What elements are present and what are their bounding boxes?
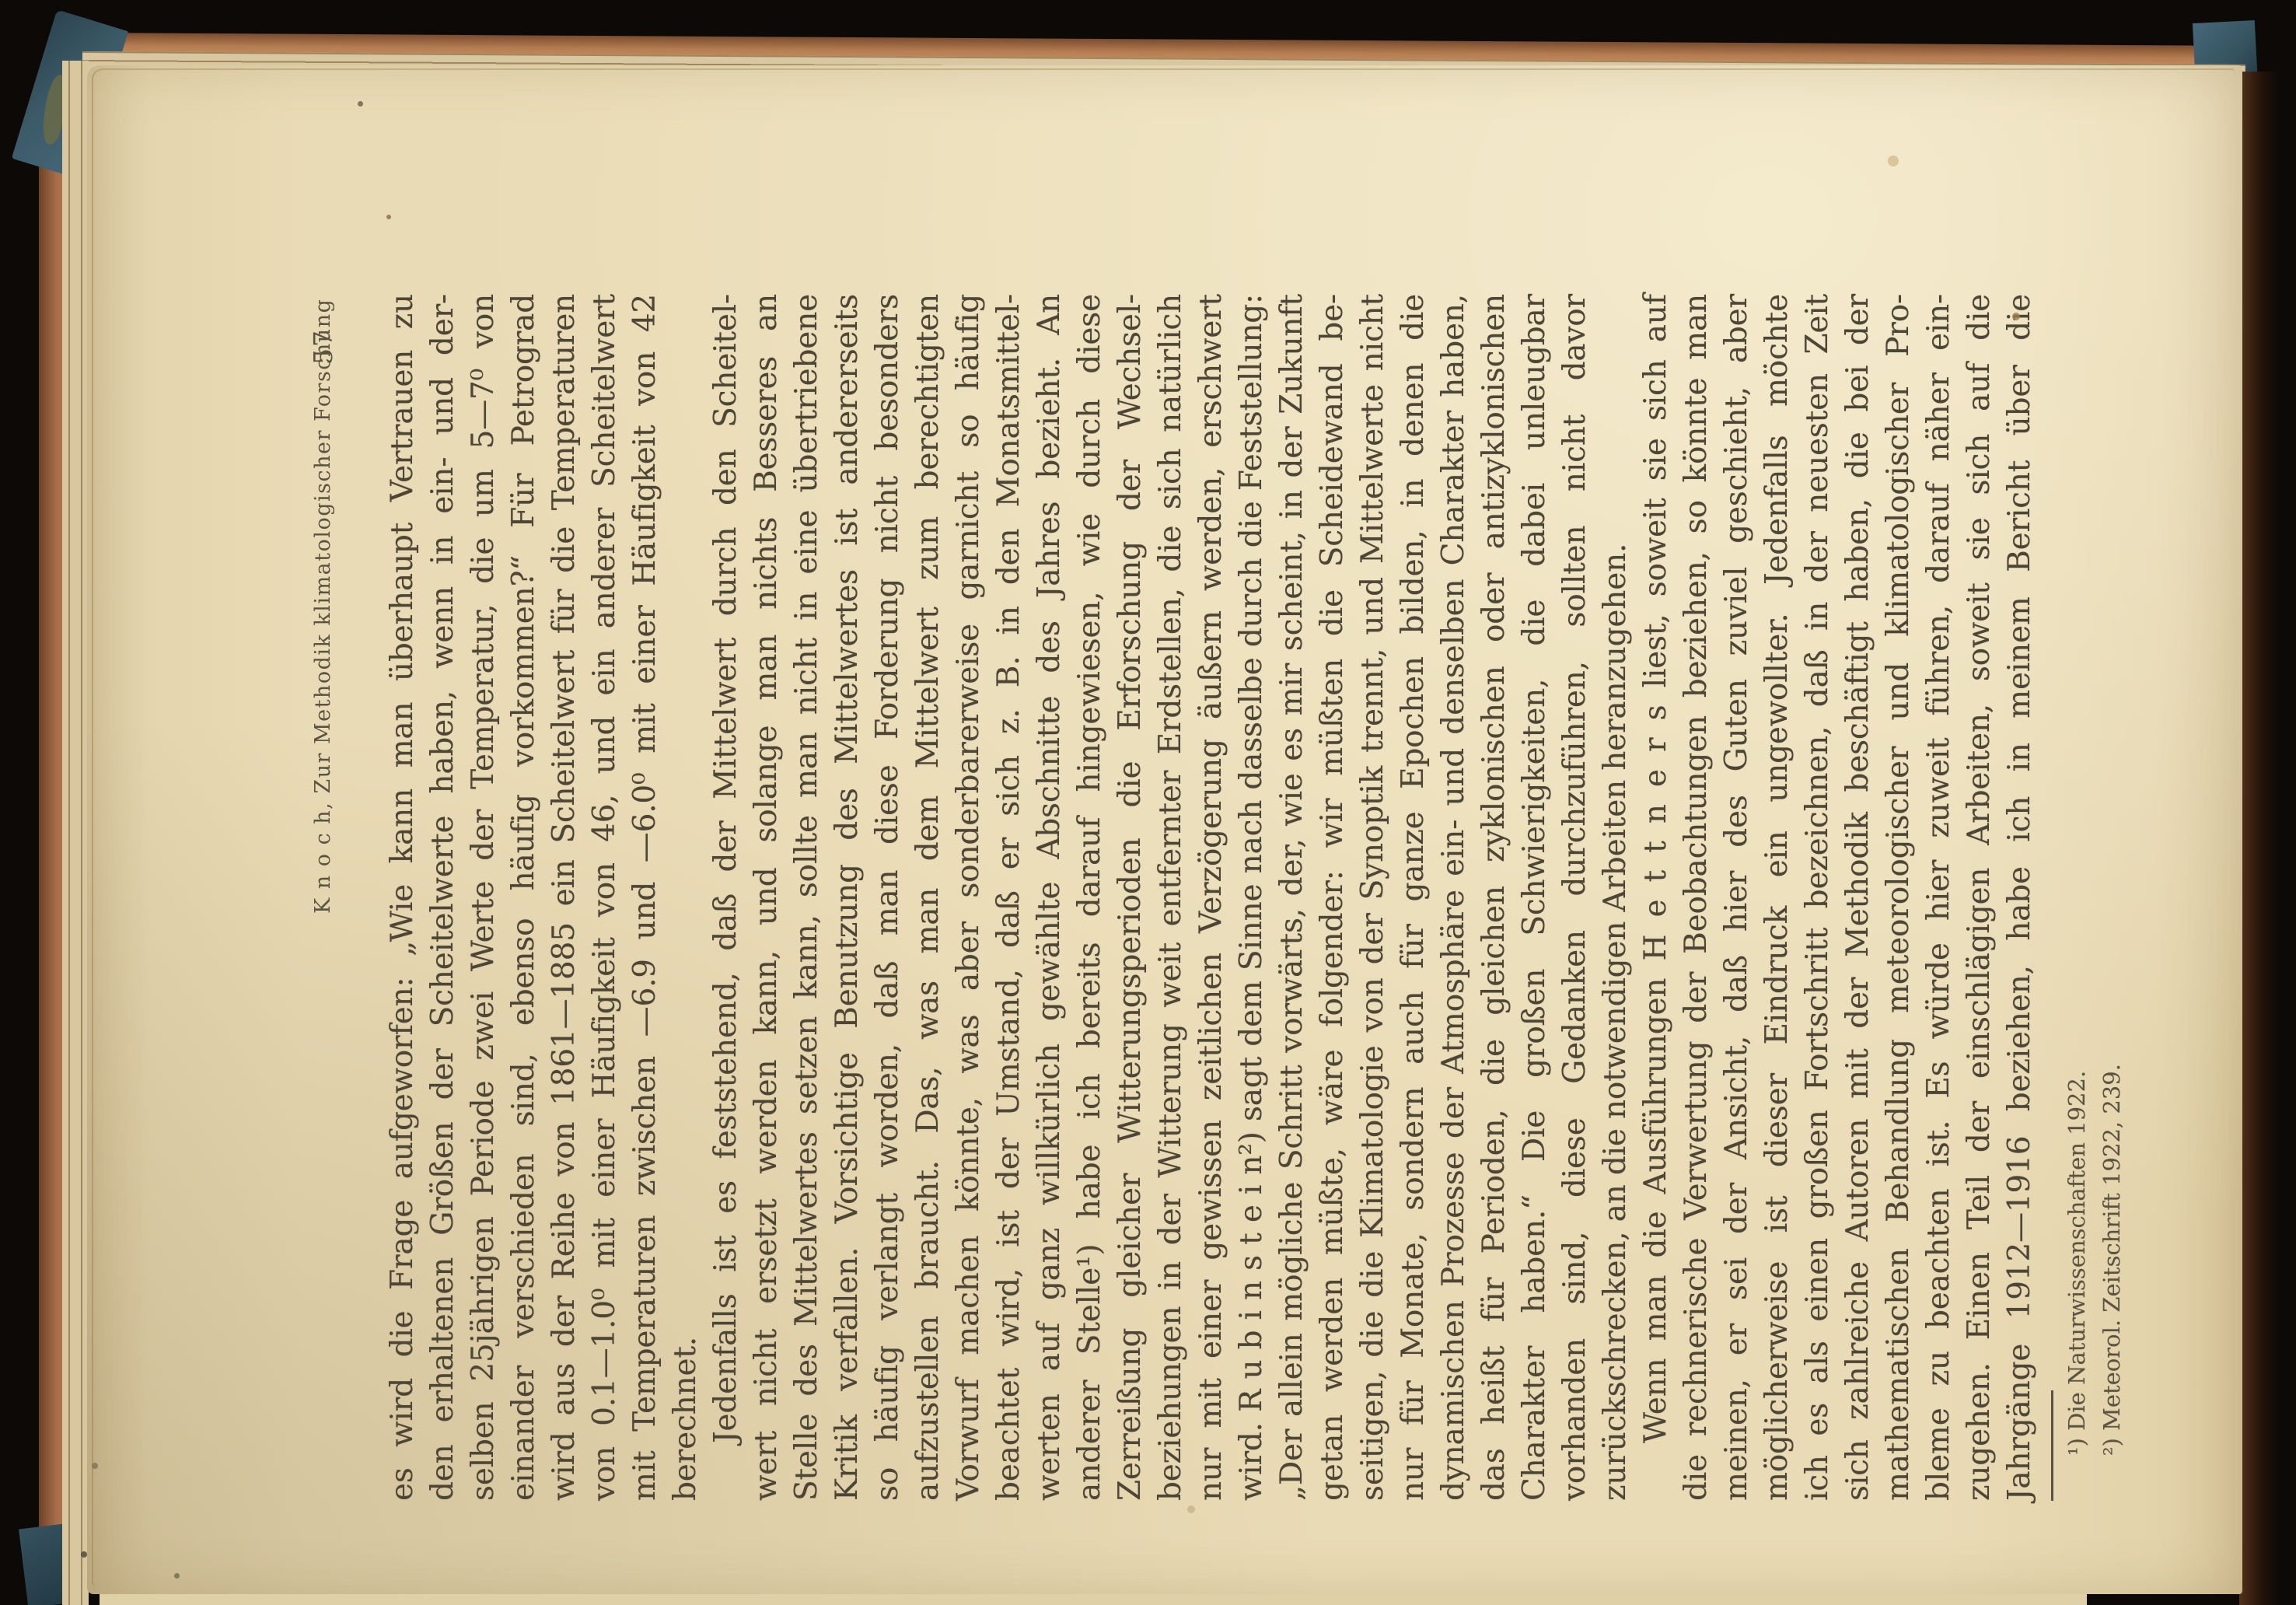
paper-speck (1888, 156, 1899, 166)
text-line: nur mit einer gewissen zeitlichen Verzög… (1191, 294, 1232, 1501)
body-text: es wird die Frage aufgeworfen: „Wie kann… (383, 294, 2040, 1501)
text-line: werten auf ganz willkürlich gewählte Abs… (1029, 294, 1070, 1501)
text-line: beziehungen in der Witterung weit entfer… (1151, 294, 1191, 1501)
footnotes: ¹) Die Naturwissenschaften 1922.²) Meteo… (2060, 294, 2130, 1501)
footnote-line: ²) Meteorol. Zeitschrift 1922, 239. (2095, 294, 2130, 1456)
text-line: möglicherweise ist dieser Eindruck ein u… (1757, 294, 1798, 1501)
book-page: K n o c h, Zur Methodik klimatologischer… (87, 65, 2242, 1594)
text-line: Jedenfalls ist es feststehend, daß der M… (706, 294, 746, 1501)
running-head-row: K n o c h, Zur Methodik klimatologischer… (311, 294, 342, 1501)
page-number: 57 (308, 329, 338, 365)
text-line: zurückschrecken, an die notwendigen Arbe… (1595, 294, 1636, 1501)
text-line: mathematischen Behandlung meteorologisch… (1878, 294, 1919, 1501)
text-line: wird. R u b i n s t e i n²) sagt dem Sin… (1232, 294, 1272, 1501)
text-line: beachtet wird, ist der Umstand, daß er s… (989, 294, 1029, 1501)
text-line: den erhaltenen Größen der Scheitelwerte … (423, 294, 463, 1501)
text-line: das heißt für Perioden, die gleichen zyk… (1474, 294, 1515, 1501)
text-line: Kritik verfallen. Vorsichtige Benutzung … (827, 294, 868, 1501)
text-line: von 0.1—1.0⁰ mit einer Häufigkeit von 46… (585, 294, 625, 1501)
text-line: Zerreißung gleicher Witterungsperioden d… (1110, 294, 1151, 1501)
paper-speck (81, 1551, 87, 1558)
text-line: wird aus der Reihe von 1861—1885 ein Sch… (544, 294, 585, 1501)
book-photo-scene: K n o c h, Zur Methodik klimatologischer… (0, 0, 2296, 1605)
paper-speck (174, 1573, 180, 1579)
text-line: die rechnerische Verwertung der Beobacht… (1676, 294, 1717, 1501)
footnote-line: ¹) Die Naturwissenschaften 1922. (2060, 294, 2095, 1456)
text-line: vorhanden sind, diese Gedanken durchzufü… (1555, 294, 1595, 1501)
text-line: „Der allein mögliche Schritt vorwärts, d… (1272, 294, 1312, 1501)
text-line: bleme zu beachten ist. Es würde hier zuw… (1919, 294, 1959, 1501)
text-line: Vorwurf machen könnte, was aber sonderba… (949, 294, 989, 1501)
paper-speck (358, 101, 363, 107)
text-line: Stelle des Mittelwertes setzen kann, sol… (787, 294, 827, 1501)
page-stack-edge-bottom (100, 1594, 2087, 1605)
text-line: so häufig verlangt worden, daß man diese… (868, 294, 908, 1501)
running-header-title: K n o c h, Zur Methodik klimatologischer… (311, 299, 335, 914)
text-line: Wenn man die Ausführungen H e t t n e r … (1636, 294, 1676, 1501)
paper-speck (2012, 313, 2020, 320)
text-line: seitigen, die die Klimatologie von der S… (1353, 294, 1393, 1501)
text-line: aufzustellen braucht. Das, was man dem M… (908, 294, 949, 1501)
text-line: zugehen. Einen Teil der einschlägigen Ar… (1959, 294, 2000, 1501)
text-line: Jahrgänge 1912—1916 beziehen, habe ich i… (2000, 294, 2040, 1501)
text-line: Charakter haben.“ Die großen Schwierigke… (1515, 294, 1555, 1501)
text-line: nur für Monate, sondern auch für ganze E… (1393, 294, 1434, 1501)
paper-speck (386, 215, 391, 219)
text-line: selben 25jährigen Periode zwei Werte der… (463, 294, 504, 1501)
text-line: getan werden müßte, wäre folgender: wir … (1312, 294, 1353, 1501)
text-line: anderer Stelle¹) habe ich bereits darauf… (1070, 294, 1110, 1501)
text-line: mit Temperaturen zwischen —6.9 und —6.0⁰… (625, 294, 666, 1501)
text-line: einander verschieden sind, ebenso häufig… (504, 294, 544, 1501)
text-line: es wird die Frage aufgeworfen: „Wie kann… (383, 294, 423, 1501)
text-line: wert nicht ersetzt werden kann, und sola… (746, 294, 787, 1501)
rotated-page-content: K n o c h, Zur Methodik klimatologischer… (311, 294, 2129, 1501)
page-stack-edge-left (62, 61, 89, 1605)
page-edge-shadow-right (2239, 72, 2280, 1605)
text-line: meinen, er sei der Ansicht, daß hier des… (1717, 294, 1757, 1501)
footnote-rule (2051, 1390, 2053, 1501)
text-line: berechnet. (666, 294, 706, 1501)
text-line: ich es als einen großen Fortschritt beze… (1798, 294, 1838, 1501)
text-line: sich zahlreiche Autoren mit der Methodik… (1838, 294, 1878, 1501)
text-line: dynamischen Prozesse der Atmosphäre ein-… (1434, 294, 1474, 1501)
paper-speck (1187, 1505, 1195, 1513)
paper-speck (92, 1463, 98, 1469)
